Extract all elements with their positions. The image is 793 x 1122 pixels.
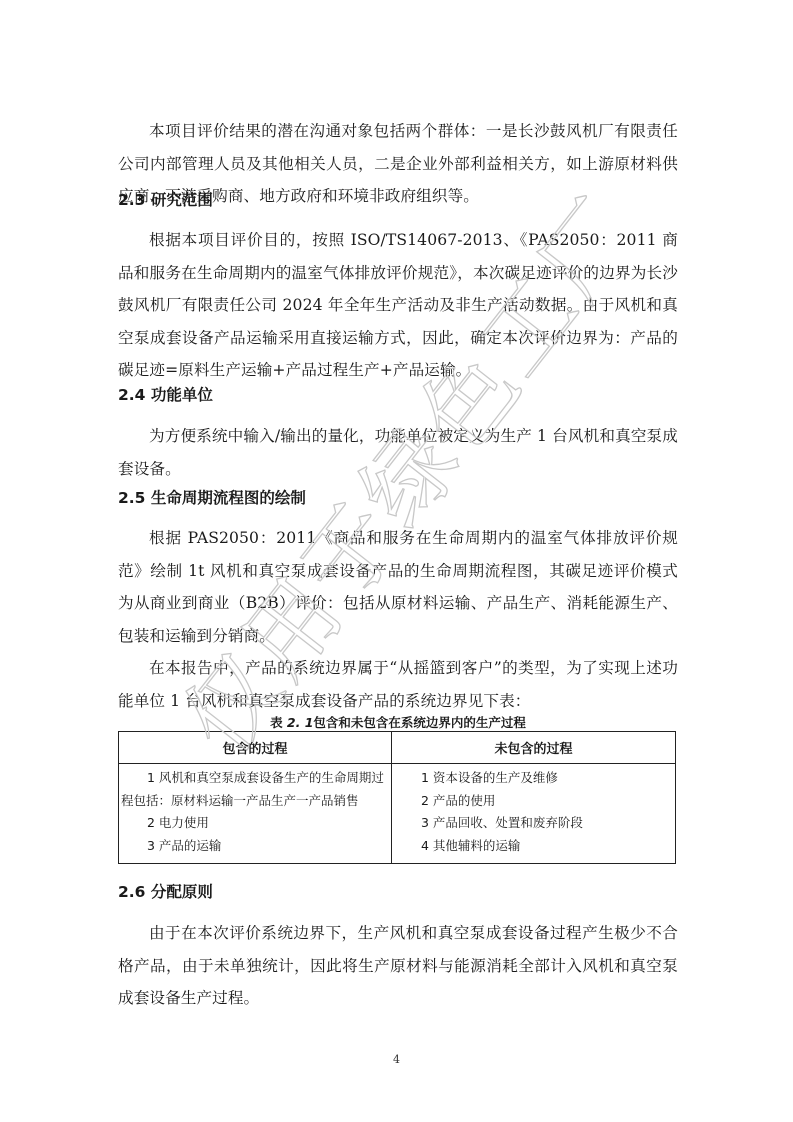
included-processes-cell: 1 风机和真空泵成套设备生产的生命周期过程包括：原材料运输一产品生产一产品销售 … bbox=[119, 764, 392, 864]
paragraph-lifecycle-flowchart: 根据 PAS2050：2011《商品和服务在生命周期内的温室气体排放评价规范》绘… bbox=[118, 522, 678, 652]
table-header-row: 包含的过程 未包含的过程 bbox=[119, 732, 676, 764]
included-item: 3 产品的运输 bbox=[121, 835, 391, 858]
table-caption-number: 2. 1 bbox=[287, 715, 314, 730]
excluded-item: 1 资本设备的生产及维修 bbox=[392, 767, 675, 790]
table-caption-prefix: 表 bbox=[270, 715, 287, 730]
excluded-item: 3 产品回收、处置和废弃阶段 bbox=[392, 812, 675, 835]
document-page: 本项目评价结果的潜在沟通对象包括两个群体：一是长沙鼓风机厂有限责任公司内部管理人… bbox=[0, 0, 793, 1122]
excluded-item: 2 产品的使用 bbox=[392, 790, 675, 813]
paragraph-functional-unit: 为方便系统中输入/输出的量化，功能单位被定义为生产 1 台风机和真空泵成套设备。 bbox=[118, 420, 678, 485]
heading-2-4-functional-unit: 2.4 功能单位 bbox=[118, 385, 213, 405]
included-item: 1 风机和真空泵成套设备生产的生命周期过程包括：原材料运输一产品生产一产品销售 bbox=[121, 767, 391, 812]
paragraph-system-boundary: 在本报告中，产品的系统边界属于“从摇篮到客户”的类型，为了实现上述功能单位 1 … bbox=[118, 652, 678, 717]
header-included-processes: 包含的过程 bbox=[119, 732, 392, 764]
header-excluded-processes: 未包含的过程 bbox=[392, 732, 676, 764]
table-caption-text: 包含和未包含在系统边界内的生产过程 bbox=[313, 715, 526, 730]
table-caption: 表 2. 1包含和未包含在系统边界内的生产过程 bbox=[118, 713, 678, 731]
heading-2-5-lifecycle-flowchart: 2.5 生命周期流程图的绘制 bbox=[118, 488, 306, 508]
paragraph-research-scope: 根据本项目评价目的，按照 ISO/TS14067-2013、《PAS2050：2… bbox=[118, 224, 678, 387]
excluded-item: 4 其他辅料的运输 bbox=[392, 835, 675, 858]
system-boundary-table: 包含的过程 未包含的过程 1 风机和真空泵成套设备生产的生命周期过程包括：原材料… bbox=[118, 731, 676, 864]
excluded-processes-cell: 1 资本设备的生产及维修 2 产品的使用 3 产品回收、处置和废弃阶段 4 其他… bbox=[392, 764, 676, 864]
page-number: 4 bbox=[0, 1053, 793, 1066]
heading-2-3-research-scope: 2.3 研究范围 bbox=[118, 190, 213, 210]
paragraph-allocation-principle: 由于在本次评价系统边界下，生产风机和真空泵成套设备过程产生极少不合格产品，由于未… bbox=[118, 917, 678, 1015]
included-item: 2 电力使用 bbox=[121, 812, 391, 835]
heading-2-6-allocation-principle: 2.6 分配原则 bbox=[118, 882, 213, 902]
table-row: 1 风机和真空泵成套设备生产的生命周期过程包括：原材料运输一产品生产一产品销售 … bbox=[119, 764, 676, 864]
